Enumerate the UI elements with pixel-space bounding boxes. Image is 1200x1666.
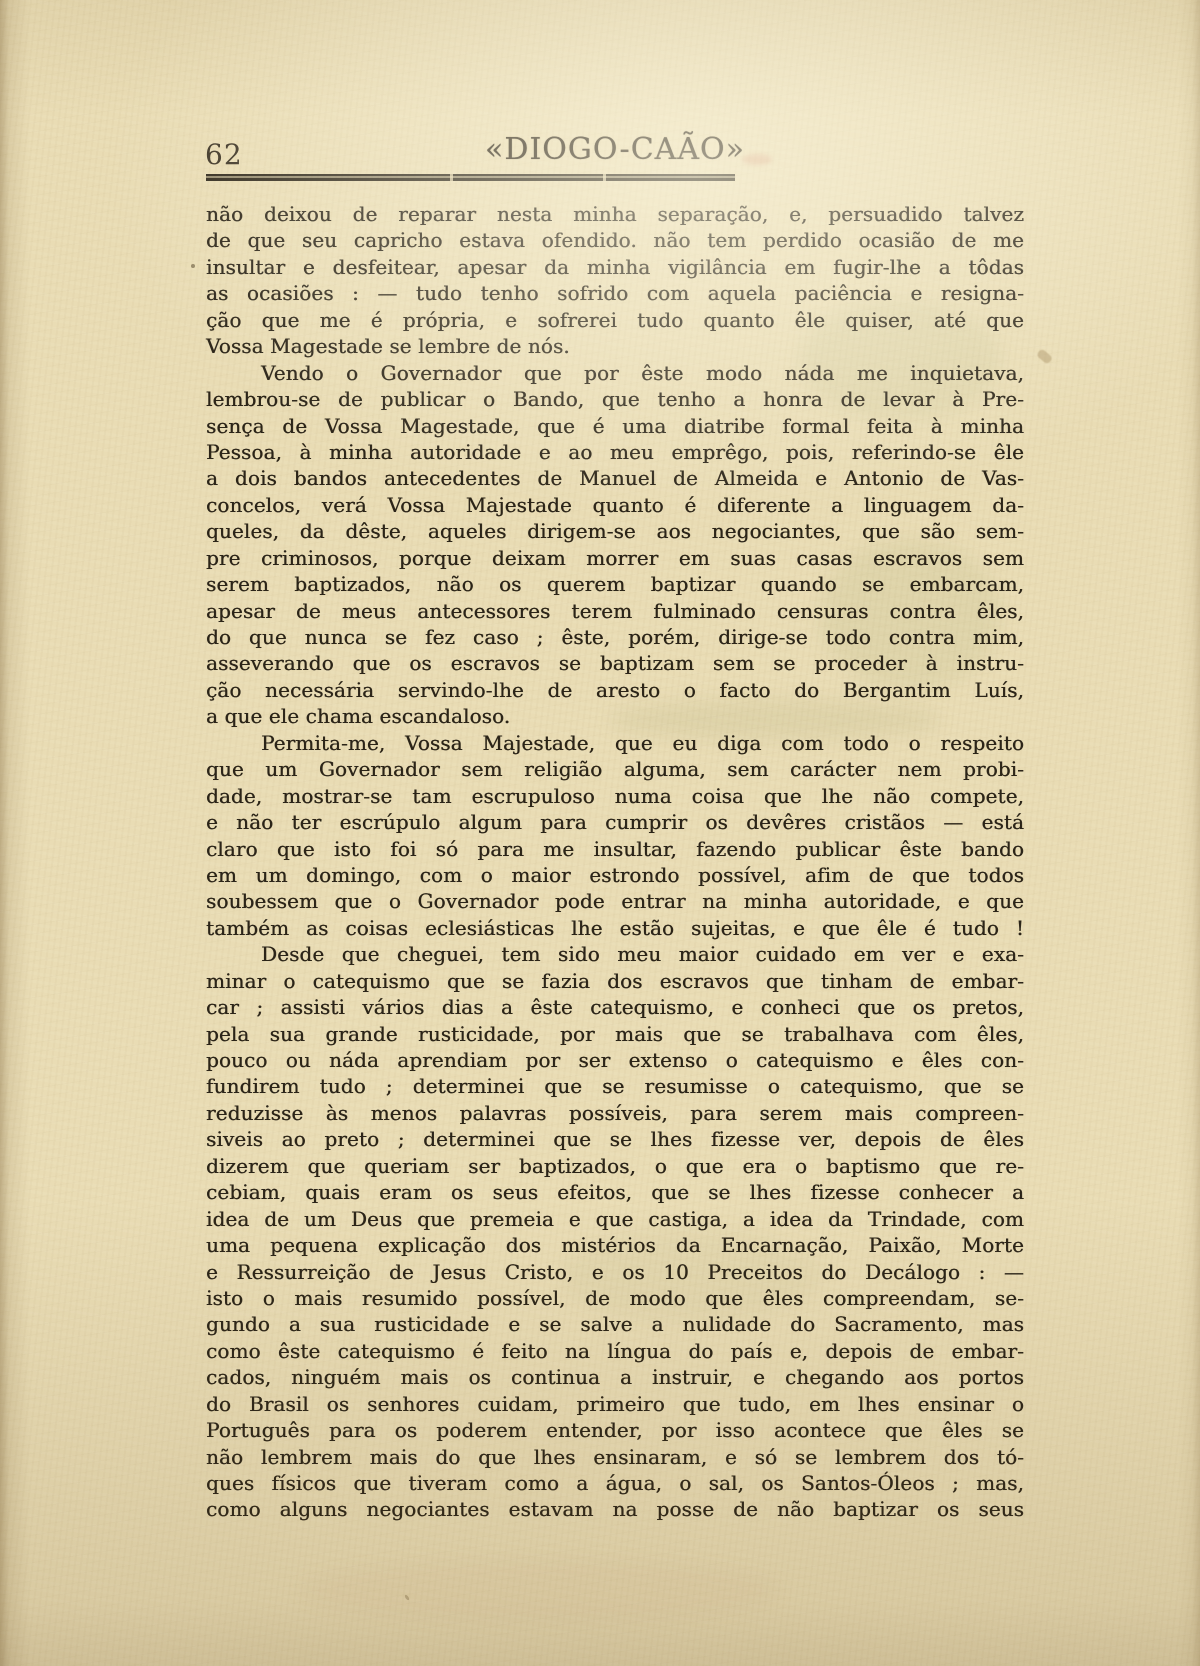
text-line: também as coisas eclesiásticas lhe estão…: [206, 915, 1024, 941]
paper-fleck: [404, 1594, 410, 1601]
text-line: serem baptizados, não os querem baptizar…: [206, 571, 1024, 597]
header-rule: [206, 174, 735, 181]
text-line: e não ter escrúpulo algum para cumprir o…: [206, 809, 1024, 835]
text-line: Vossa Magestade se lembre de nós.: [206, 333, 1024, 359]
text-line: não deixou de reparar nesta minha separa…: [206, 201, 1024, 227]
text-line: como alguns negociantes estavam na posse…: [206, 1496, 1024, 1522]
text-line: Português para os poderem entender, por …: [206, 1417, 1024, 1443]
text-line: a que ele chama escandaloso.: [206, 703, 1024, 729]
text-line: do que nunca se fez caso ; êste, porém, …: [206, 624, 1024, 650]
text-line: soubessem que o Governador pode entrar n…: [206, 888, 1024, 914]
text-line: dade, mostrar-se tam escrupuloso numa co…: [206, 783, 1024, 809]
text-line: isto o mais resumido possível, de modo q…: [206, 1285, 1024, 1311]
text-line: fundirem tudo ; determinei que se resumi…: [206, 1073, 1024, 1099]
text-line: insultar e desfeitear, apesar da minha v…: [206, 254, 1024, 280]
rule-gap: [450, 174, 453, 181]
text-line: claro que isto foi só para me insultar, …: [206, 836, 1024, 862]
text-line: dizerem que queriam ser baptizados, o qu…: [206, 1153, 1024, 1179]
text-line: do Brasil os senhores cuidam, primeiro q…: [206, 1391, 1024, 1417]
margin-ink-dot: [191, 264, 195, 268]
text-line: minar o catequismo que se fazia dos escr…: [206, 968, 1024, 994]
text-line: queles, da dêste, aqueles dirigem-se aos…: [206, 518, 1024, 544]
paper-blemish: [1036, 348, 1053, 365]
text-line: pre criminosos, porque deixam morrer em …: [206, 545, 1024, 571]
text-line: as ocasiões : — tudo tenho sofrido com a…: [206, 280, 1024, 306]
text-line: uma pequena explicação dos mistérios da …: [206, 1232, 1024, 1258]
text-line: e Ressurreição de Jesus Cristo, e os 10 …: [206, 1259, 1024, 1285]
running-title: «DIOGO-CAÃO»: [480, 132, 750, 167]
text-line: asseverando que os escravos se baptizam …: [206, 650, 1024, 676]
text-line: como êste catequismo é feito na língua d…: [206, 1338, 1024, 1364]
scanned-book-page: 62 «DIOGO-CAÃO» não deixou de reparar ne…: [0, 0, 1200, 1666]
text-line: Desde que cheguei, tem sido meu maior cu…: [206, 941, 1024, 967]
rule-gap: [603, 174, 606, 181]
text-line: a dois bandos antecedentes de Manuel de …: [206, 465, 1024, 491]
text-line: ques físicos que tiveram como a água, o …: [206, 1470, 1024, 1496]
text-line: ção que me é própria, e sofrerei tudo qu…: [206, 307, 1024, 333]
body-text-block: não deixou de reparar nesta minha separa…: [206, 201, 1024, 1523]
text-line: apesar de meus antecessores terem fulmin…: [206, 598, 1024, 624]
text-line: Permita-me, Vossa Majestade, que eu diga…: [206, 730, 1024, 756]
text-line: siveis ao preto ; determinei que se lhes…: [206, 1126, 1024, 1152]
text-line: concelos, verá Vossa Majestade quanto é …: [206, 492, 1024, 518]
text-line: em um domingo, com o maior estrondo poss…: [206, 862, 1024, 888]
text-line: não lembrem mais do que lhes ensinaram, …: [206, 1444, 1024, 1470]
text-line: pouco ou náda aprendiam por ser extenso …: [206, 1047, 1024, 1073]
show-through-smudge: [300, 1560, 780, 1620]
text-line: pela sua grande rusticidade, por mais qu…: [206, 1021, 1024, 1047]
text-line: ção necessária servindo-lhe de aresto o …: [206, 677, 1024, 703]
text-line: car ; assisti vários dias a êste catequi…: [206, 994, 1024, 1020]
text-line: idea de um Deus que premeia e que castig…: [206, 1206, 1024, 1232]
text-line: de que seu capricho estava ofendido. não…: [206, 227, 1024, 253]
text-line: Vendo o Governador que por êste modo nád…: [206, 360, 1024, 386]
text-line: sença de Vossa Magestade, que é uma diat…: [206, 413, 1024, 439]
text-line: que um Governador sem religião alguma, s…: [206, 756, 1024, 782]
text-line: cebiam, quais eram os seus efeitos, que …: [206, 1179, 1024, 1205]
text-line: reduzisse às menos palavras possíveis, p…: [206, 1100, 1024, 1126]
text-line: Pessoa, à minha autoridade e ao meu empr…: [206, 439, 1024, 465]
text-line: lembrou-se de publicar o Bando, que tenh…: [206, 386, 1024, 412]
text-line: gundo a sua rusticidade e se salve a nul…: [206, 1311, 1024, 1337]
text-line: cados, ninguém mais os continua a instru…: [206, 1364, 1024, 1390]
page-number: 62: [205, 138, 243, 171]
